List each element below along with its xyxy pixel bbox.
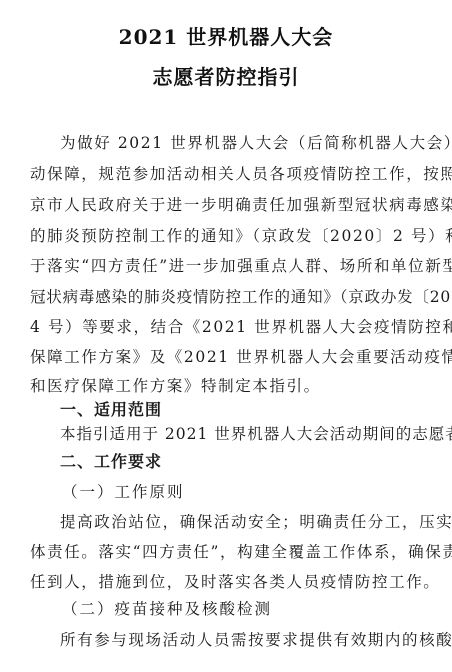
paragraph-line: 所有参与现场活动人员需按要求提供有效期内的核酸 [60,630,452,650]
subsection-heading-principles: （一）工作原则 [62,482,452,502]
document-title-line2: 志愿者防控指引 [0,61,452,90]
paragraph-line: 保障工作方案》及《2021 世界机器人大会重要活动疫情防控 [30,347,422,367]
section-heading-requirements: 二、工作要求 [60,452,452,472]
paragraph-line: 体责任。落实“四方责任”，构建全覆盖工作体系，确保责 [30,542,422,562]
section-heading-scope: 一、适用范围 [60,400,452,420]
paragraph-line: 本指引适用于 2021 世界机器人大会活动期间的志愿者。 [60,424,452,444]
paragraph-line: 为做好 2021 世界机器人大会（后简称机器人大会）活 [60,133,452,153]
paragraph-line: 冠状病毒感染的肺炎疫情防控工作的通知》（京政办发〔2020〕 [30,287,422,307]
paragraph-line: 动保障，规范参加活动相关人员各项疫情防控工作，按照《北 [30,164,422,184]
paragraph-line: 于落实“四方责任”进一步加强重点人群、场所和单位新型 [30,256,422,276]
paragraph-line: 的肺炎预防控制工作的通知》（京政发〔2020〕2 号）和《关 [30,226,422,246]
paragraph-line: 京市人民政府关于进一步明确责任加强新型冠状病毒感染 [30,195,422,215]
paragraph-line: 提高政治站位，确保活动安全；明确责任分工，压实主 [60,512,452,532]
paragraph-line: 任到人，措施到位，及时落实各类人员疫情防控工作。 [30,572,422,592]
subsection-heading-vaccination: （二）疫苗接种及核酸检测 [62,599,452,619]
document-title-line1: 2021 世界机器人大会 [0,21,452,50]
paragraph-line: 和医疗保障工作方案》特制定本指引。 [30,376,422,396]
paragraph-line: 4 号）等要求，结合《2021 世界机器人大会疫情防控和医疗 [30,317,422,337]
